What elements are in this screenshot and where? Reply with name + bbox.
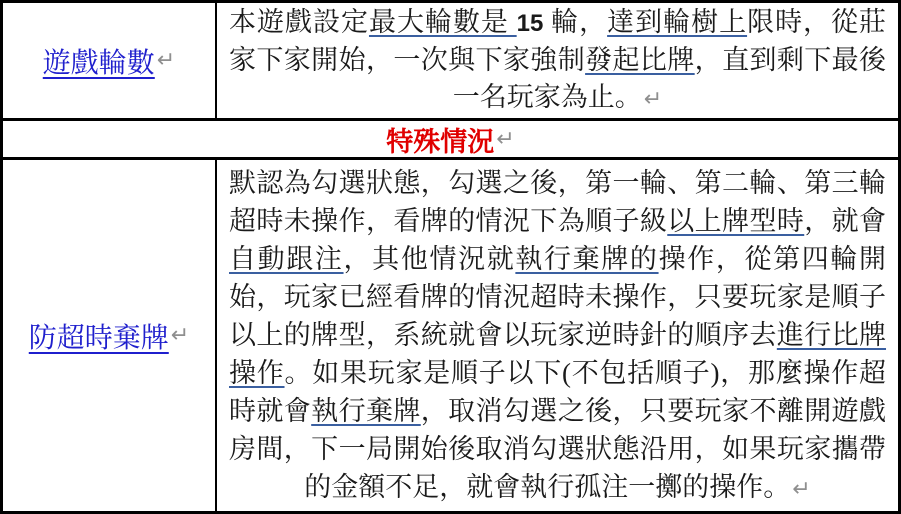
game-rounds-link[interactable]: 遊戲輪數: [43, 41, 155, 81]
text-run: 執行棄牌的: [515, 244, 658, 274]
text-run: 達到輪樹上: [607, 7, 747, 37]
label-cell-anti-timeout-fold: 防超時棄牌↵: [3, 160, 217, 511]
paragraph-mark-icon: ↵: [169, 323, 189, 348]
text-run: 發起比牌: [585, 45, 695, 75]
rules-table: 遊戲輪數↵ 本遊戲設定最大輪數是 15 輪，達到輪樹上限時，從莊家下家開始，一次…: [0, 0, 901, 514]
paragraph-mark-icon: ↵: [155, 48, 175, 73]
text-run: ，就會: [804, 206, 886, 236]
table-row-anti-timeout-fold: 防超時棄牌↵ 默認為勾選狀態，勾選之後，第一輪、第二輪、第三輪超時未操作，看牌的…: [3, 157, 898, 511]
content-cell-game-rounds: 本遊戲設定最大輪數是 15 輪，達到輪樹上限時，從莊家下家開始，一次與下家強制發…: [217, 3, 898, 118]
text-run: ，其他情況就: [344, 244, 516, 274]
text-run: 本遊戲設定: [229, 7, 369, 37]
text-run: 最大輪數是: [369, 7, 517, 37]
paragraph-mark-icon: ↵: [642, 87, 662, 112]
anti-timeout-fold-link[interactable]: 防超時棄牌: [29, 316, 169, 356]
text-run: 自動跟注: [229, 244, 344, 274]
game-rounds-text: 本遊戲設定最大輪數是 15 輪，達到輪樹上限時，從莊家下家開始，一次與下家強制發…: [229, 7, 886, 112]
paragraph-mark-icon: ↵: [790, 477, 810, 502]
text-run: 15: [517, 10, 544, 37]
table-row-game-rounds: 遊戲輪數↵ 本遊戲設定最大輪數是 15 輪，達到輪樹上限時，從莊家下家開始，一次…: [3, 3, 898, 118]
label-cell-game-rounds: 遊戲輪數↵: [3, 3, 217, 118]
special-cases-cell: 特殊情況↵: [3, 121, 898, 157]
special-cases-heading: 特殊情況: [386, 120, 494, 159]
paragraph-mark-icon: ↵: [494, 127, 514, 152]
content-cell-anti-timeout-fold: 默認為勾選狀態，勾選之後，第一輪、第二輪、第三輪超時未操作，看牌的情況下為順子級…: [217, 160, 898, 511]
text-run: 輪，: [543, 7, 607, 37]
anti-timeout-fold-text: 默認為勾選狀態，勾選之後，第一輪、第二輪、第三輪超時未操作，看牌的情況下為順子級…: [229, 168, 886, 502]
text-run: 執行棄牌: [311, 396, 421, 426]
table-row-special-cases: 特殊情況↵: [3, 118, 898, 157]
text-run: 以上牌型時: [667, 206, 804, 236]
